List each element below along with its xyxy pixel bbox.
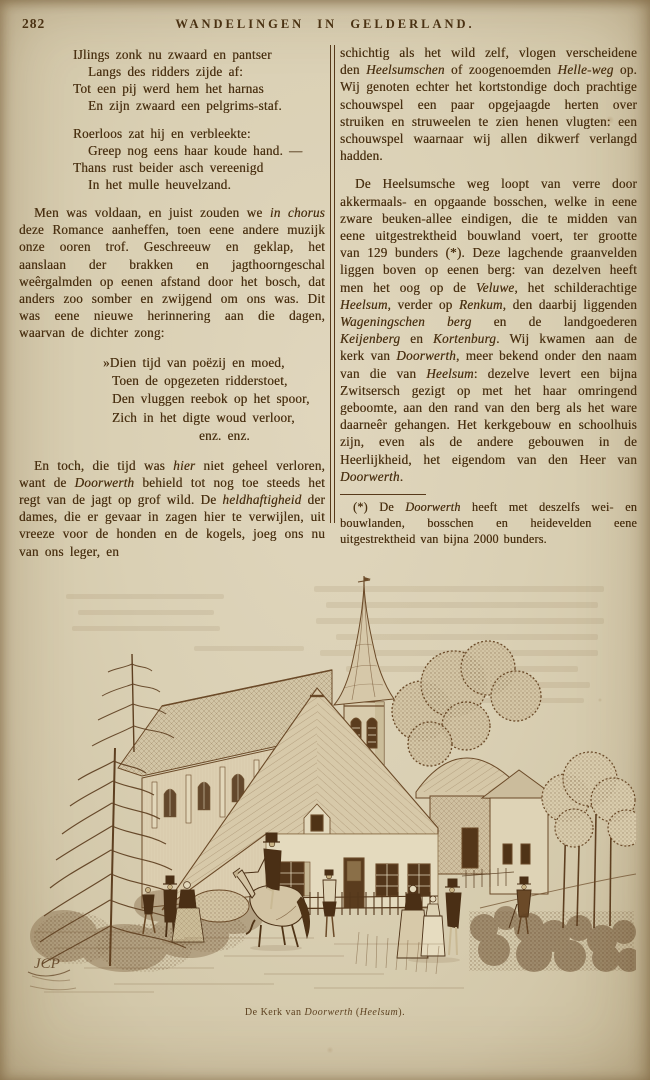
tailcoat-man-right: [445, 879, 461, 955]
standing-man-center: [323, 870, 336, 937]
running-header: WANDELINGEN IN GELDERLAND.: [0, 17, 650, 32]
footnote: (*) De Doorwerth heeft met deszelfs wei-…: [340, 500, 637, 547]
verse-quote: »Dien tijd van poëzij en moed,Toen de op…: [103, 354, 325, 446]
paragraph-left-2: En toch, die tijd was hier niet geheel v…: [19, 457, 325, 560]
paragraph-right-1: schichtig als het wild zelf, vlogen vers…: [340, 44, 637, 164]
svg-text:JCP: JCP: [34, 956, 60, 972]
paragraph-left-1: Men was voldaan, en juist zouden we in c…: [19, 204, 325, 342]
trees-mid-right: [392, 641, 541, 766]
left-column: IJlings zonk nu zwaard en pantserLangs d…: [19, 44, 325, 560]
poem-stanza-2: Roerloos zat hij en verbleekte:Greep nog…: [73, 125, 325, 193]
column-divider: [330, 45, 335, 523]
paragraph-right-2: De Heelsumsche weg loopt van verre door …: [340, 175, 637, 485]
right-column: schichtig als het wild zelf, vlogen vers…: [340, 44, 637, 547]
book-page: 282 WANDELINGEN IN GELDERLAND. IJlings z…: [0, 0, 650, 1080]
footnote-rule: [340, 494, 426, 495]
engraving-kerk-doorwerth: JCP: [14, 576, 636, 1000]
engraving-caption: De Kerk van Doorwerth (Heelsum).: [0, 1007, 650, 1018]
poem-stanza-1: IJlings zonk nu zwaard en pantserLangs d…: [73, 46, 325, 114]
